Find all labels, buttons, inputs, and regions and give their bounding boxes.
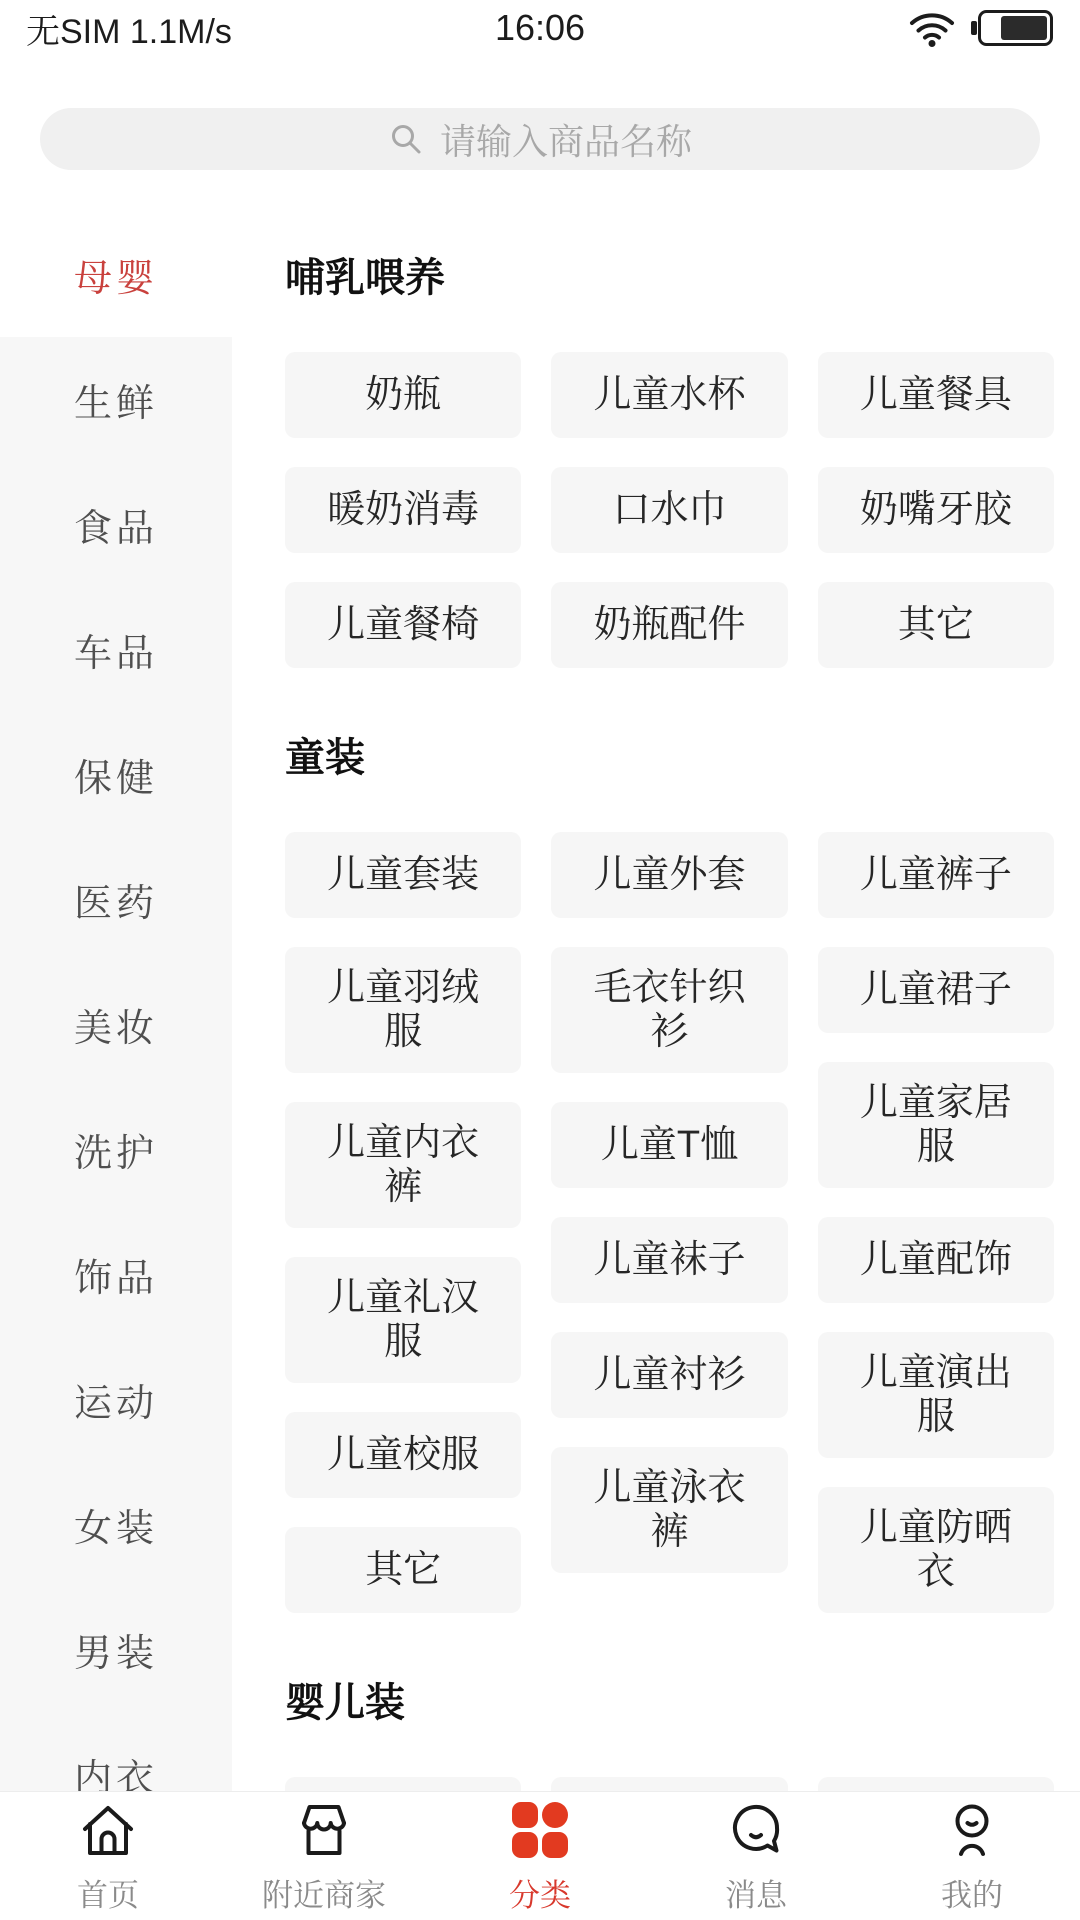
category-button-label: 儿童袜子 <box>593 1238 745 1282</box>
message-icon <box>724 1798 788 1862</box>
category-button-label: 其它 <box>898 603 974 647</box>
sidebar-item-2[interactable]: 食品 <box>0 462 232 587</box>
main-area: 母婴 生鲜 食品 车品 保健 医药 美妆 洗护 饰品 运动 女装 男装 内衣 哺… <box>0 212 1080 1792</box>
category-button[interactable] <box>551 1777 787 1792</box>
category-button-label: 儿童泳衣裤 <box>577 1466 761 1554</box>
store-icon <box>292 1798 356 1862</box>
category-section: 哺乳喂养 奶瓶 暖奶消毒 儿童餐椅 儿童水杯 口水巾 奶瓶配件 儿童餐具 奶嘴牙… <box>285 252 1054 668</box>
sidebar-item-label: 车品 <box>74 622 158 677</box>
sidebar-item-label: 饰品 <box>74 1247 158 1302</box>
category-button-label: 儿童套装 <box>327 853 479 897</box>
category-column: 奶瓶 暖奶消毒 儿童餐椅 <box>285 352 521 668</box>
category-grid-icon <box>508 1798 572 1862</box>
tab-nearby-stores-label: 附近商家 <box>262 1870 386 1915</box>
home-icon <box>76 1798 140 1862</box>
category-button-label: 儿童T恤 <box>601 1123 738 1167</box>
tab-profile-label: 我的 <box>941 1870 1003 1915</box>
section-title: 哺乳喂养 <box>285 252 1054 304</box>
search-input[interactable]: 请输入商品名称 <box>40 108 1040 170</box>
category-button[interactable]: 儿童演出服 <box>818 1332 1054 1458</box>
category-button-label: 儿童校服 <box>327 1433 479 1477</box>
section-columns: 奶瓶 暖奶消毒 儿童餐椅 儿童水杯 口水巾 奶瓶配件 儿童餐具 奶嘴牙胶 其它 <box>285 352 1054 668</box>
category-button[interactable]: 儿童套装 <box>285 832 521 918</box>
category-button[interactable]: 儿童家居服 <box>818 1062 1054 1188</box>
sidebar-item-4[interactable]: 保健 <box>0 712 232 837</box>
category-column: 儿童水杯 口水巾 奶瓶配件 <box>551 352 787 668</box>
tab-profile[interactable]: 我的 <box>864 1792 1080 1920</box>
category-button-label: 儿童水杯 <box>593 373 745 417</box>
category-column: 儿童套装 儿童羽绒服 儿童内衣裤 儿童礼汉服 儿童校服 其它 <box>285 832 521 1613</box>
tab-nearby-stores[interactable]: 附近商家 <box>216 1792 432 1920</box>
category-section: 婴儿装 <box>285 1677 1054 1792</box>
sidebar-item-10[interactable]: 女装 <box>0 1462 232 1587</box>
category-button[interactable]: 儿童防晒衣 <box>818 1487 1054 1613</box>
category-button[interactable]: 儿童校服 <box>285 1412 521 1498</box>
category-button-label: 儿童餐具 <box>860 373 1012 417</box>
tab-categories[interactable]: 分类 <box>432 1792 648 1920</box>
category-button[interactable]: 儿童衬衫 <box>551 1332 787 1418</box>
category-button-label: 儿童外套 <box>593 853 745 897</box>
category-button-label: 儿童家居服 <box>844 1081 1028 1169</box>
tab-categories-label: 分类 <box>509 1870 571 1915</box>
category-button[interactable]: 其它 <box>285 1527 521 1613</box>
category-button[interactable]: 儿童T恤 <box>551 1102 787 1188</box>
category-button-label: 儿童配饰 <box>860 1238 1012 1282</box>
tab-messages-label: 消息 <box>725 1870 787 1915</box>
category-button-label: 奶瓶 <box>365 373 441 417</box>
sidebar-item-6[interactable]: 美妆 <box>0 962 232 1087</box>
category-button-label: 暖奶消毒 <box>327 488 479 532</box>
category-button[interactable]: 儿童餐具 <box>818 352 1054 438</box>
category-button-label: 奶嘴牙胶 <box>860 488 1012 532</box>
clock-text: 16:06 <box>495 7 585 49</box>
category-button-label: 其它 <box>365 1548 441 1592</box>
category-button-label: 儿童裤子 <box>860 853 1012 897</box>
sidebar-item-label: 男装 <box>74 1622 158 1677</box>
tab-home-label: 首页 <box>77 1870 139 1915</box>
sidebar-item-label: 母婴 <box>74 247 158 302</box>
category-button[interactable]: 儿童袜子 <box>551 1217 787 1303</box>
category-button-label: 儿童餐椅 <box>327 603 479 647</box>
sidebar-item-3[interactable]: 车品 <box>0 587 232 712</box>
section-columns: 儿童套装 儿童羽绒服 儿童内衣裤 儿童礼汉服 儿童校服 其它 儿童外套 毛衣针织… <box>285 832 1054 1613</box>
category-button[interactable]: 暖奶消毒 <box>285 467 521 553</box>
section-title: 童装 <box>285 732 1054 784</box>
tab-bar: 首页 附近商家 分类 消息 <box>0 1791 1080 1920</box>
category-button-label: 儿童演出服 <box>844 1351 1028 1439</box>
sidebar-item-label: 保健 <box>74 747 158 802</box>
sidebar-item-label: 生鲜 <box>74 372 158 427</box>
category-column: 儿童裤子 儿童裙子 儿童家居服 儿童配饰 儿童演出服 儿童防晒衣 <box>818 832 1054 1613</box>
section-title: 婴儿装 <box>285 1677 1054 1729</box>
category-column: 儿童外套 毛衣针织衫 儿童T恤 儿童袜子 儿童衬衫 儿童泳衣裤 <box>551 832 787 1613</box>
category-button[interactable]: 儿童羽绒服 <box>285 947 521 1073</box>
status-icons <box>908 8 1054 48</box>
profile-icon <box>940 1798 1004 1862</box>
category-button-label: 儿童衬衫 <box>593 1353 745 1397</box>
sidebar-item-12[interactable]: 内衣 <box>0 1712 232 1792</box>
category-button[interactable]: 其它 <box>818 582 1054 668</box>
sidebar-item-5[interactable]: 医药 <box>0 837 232 962</box>
category-button[interactable]: 儿童裙子 <box>818 947 1054 1033</box>
sidebar-item-0[interactable]: 母婴 <box>0 212 232 337</box>
category-button[interactable]: 奶嘴牙胶 <box>818 467 1054 553</box>
tab-home[interactable]: 首页 <box>0 1792 216 1920</box>
category-sections: 哺乳喂养 奶瓶 暖奶消毒 儿童餐椅 儿童水杯 口水巾 奶瓶配件 儿童餐具 奶嘴牙… <box>232 212 1080 1792</box>
sidebar-item-label: 洗护 <box>74 1122 158 1177</box>
sidebar-item-label: 食品 <box>74 497 158 552</box>
tab-messages[interactable]: 消息 <box>648 1792 864 1920</box>
sidebar: 母婴 生鲜 食品 车品 保健 医药 美妆 洗护 饰品 运动 女装 男装 内衣 <box>0 212 232 1792</box>
category-button[interactable]: 毛衣针织衫 <box>551 947 787 1073</box>
category-button[interactable]: 儿童配饰 <box>818 1217 1054 1303</box>
sidebar-item-label: 内衣 <box>74 1747 158 1792</box>
category-button[interactable]: 儿童餐椅 <box>285 582 521 668</box>
category-button-label: 儿童防晒衣 <box>844 1506 1028 1594</box>
sidebar-item-label: 运动 <box>74 1372 158 1427</box>
category-button[interactable]: 奶瓶配件 <box>551 582 787 668</box>
wifi-icon <box>908 8 956 48</box>
category-button-label: 儿童羽绒服 <box>311 966 495 1054</box>
sidebar-item-1[interactable]: 生鲜 <box>0 337 232 462</box>
category-button[interactable]: 儿童礼汉服 <box>285 1257 521 1383</box>
carrier-text: 无SIM 1.1M/s <box>26 4 908 53</box>
section-columns <box>285 1777 1054 1792</box>
sidebar-item-11[interactable]: 男装 <box>0 1587 232 1712</box>
category-button[interactable]: 口水巾 <box>551 467 787 553</box>
category-column <box>285 1777 521 1792</box>
search-icon <box>388 121 424 157</box>
category-button-label: 口水巾 <box>612 488 726 532</box>
category-button[interactable]: 奶瓶 <box>285 352 521 438</box>
category-button[interactable] <box>818 1777 1054 1792</box>
category-button[interactable] <box>285 1777 521 1792</box>
category-column <box>818 1777 1054 1792</box>
sidebar-item-label: 女装 <box>74 1497 158 1552</box>
category-button-label: 儿童内衣裤 <box>311 1121 495 1209</box>
category-button-label: 奶瓶配件 <box>593 603 745 647</box>
category-button-label: 儿童礼汉服 <box>311 1276 495 1364</box>
status-bar: 无SIM 1.1M/s 16:06 <box>0 0 1080 56</box>
category-column: 儿童餐具 奶嘴牙胶 其它 <box>818 352 1054 668</box>
category-button[interactable]: 儿童裤子 <box>818 832 1054 918</box>
category-section: 童装 儿童套装 儿童羽绒服 儿童内衣裤 儿童礼汉服 儿童校服 其它 儿童外套 毛… <box>285 732 1054 1613</box>
category-button[interactable]: 儿童外套 <box>551 832 787 918</box>
category-column <box>551 1777 787 1792</box>
sidebar-item-7[interactable]: 洗护 <box>0 1087 232 1212</box>
category-button-label: 毛衣针织衫 <box>577 966 761 1054</box>
battery-icon <box>970 8 1054 48</box>
sidebar-item-8[interactable]: 饰品 <box>0 1212 232 1337</box>
category-button[interactable]: 儿童水杯 <box>551 352 787 438</box>
search-placeholder: 请输入商品名称 <box>440 114 692 165</box>
category-button-label: 儿童裙子 <box>860 968 1012 1012</box>
sidebar-item-label: 医药 <box>74 872 158 927</box>
sidebar-item-label: 美妆 <box>74 997 158 1052</box>
category-button[interactable]: 儿童泳衣裤 <box>551 1447 787 1573</box>
category-button[interactable]: 儿童内衣裤 <box>285 1102 521 1228</box>
sidebar-item-9[interactable]: 运动 <box>0 1337 232 1462</box>
